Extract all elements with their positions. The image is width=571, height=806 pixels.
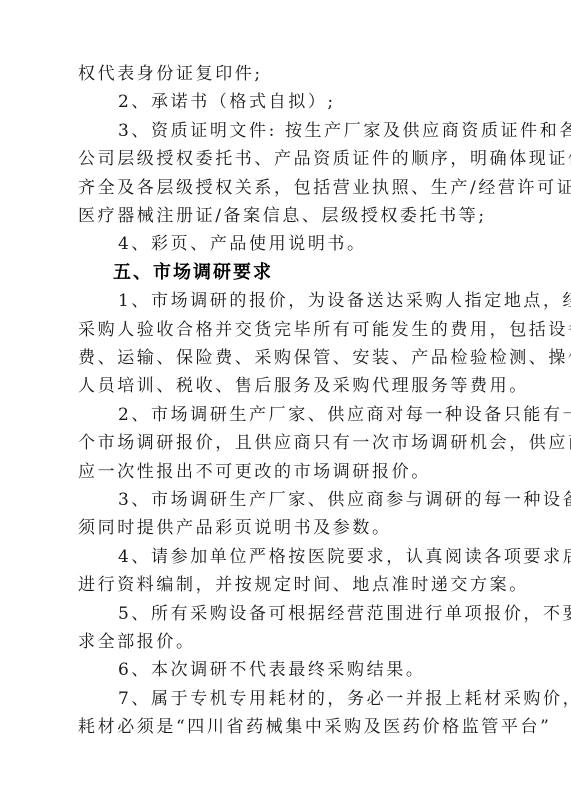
text-line: 4、请参加单位严格按医院要求，认真阅读各项要求后 <box>118 545 498 569</box>
text-line: 权代表身份证复印件; <box>78 62 498 86</box>
text-line: 采购人验收合格并交货完毕所有可能发生的费用，包括设备 <box>78 318 498 342</box>
text-line: 6、本次调研不代表最终采购结果。 <box>118 658 498 682</box>
text-line: 医疗器械注册证/备案信息、层级授权委托书等; <box>78 204 498 228</box>
text-line: 7、属于专机专用耗材的，务必一并报上耗材采购价， <box>118 687 498 711</box>
text-line: 费、运输、保险费、采购保管、安装、产品检验检测、操作 <box>78 346 498 370</box>
text-line: 耗材必须是“四川省药械集中采购及医药价格监管平台” <box>78 715 498 739</box>
text-line: 个市场调研报价，且供应商只有一次市场调研机会，供应商 <box>78 431 498 455</box>
text-line: 2、承诺书（格式自拟）; <box>118 90 498 114</box>
text-line: 1、市场调研的报价，为设备送达采购人指定地点，经 <box>118 289 498 313</box>
text-line: 4、彩页、产品使用说明书。 <box>118 232 498 256</box>
text-line: 5、所有采购设备可根据经营范围进行单项报价，不要 <box>118 602 498 626</box>
text-line: 齐全及各层级授权关系，包括营业执照、生产/经营许可证、 <box>78 176 498 200</box>
text-line: 3、资质证明文件: 按生产厂家及供应商资质证件和各 <box>118 119 498 143</box>
text-line: 进行资料编制，并按规定时间、地点准时递交方案。 <box>78 573 498 597</box>
text-line: 人员培训、税收、售后服务及采购代理服务等费用。 <box>78 374 498 398</box>
document-page: 权代表身份证复印件;2、承诺书（格式自拟）;3、资质证明文件: 按生产厂家及供应… <box>0 0 571 806</box>
text-line: 2、市场调研生产厂家、供应商对每一种设备只能有一 <box>118 403 498 427</box>
section-heading: 五、市场调研要求 <box>113 261 533 285</box>
text-line: 3、市场调研生产厂家、供应商参与调研的每一种设备 <box>118 488 498 512</box>
text-line: 应一次性报出不可更改的市场调研报价。 <box>78 460 498 484</box>
text-line: 求全部报价。 <box>78 630 498 654</box>
text-line: 须同时提供产品彩页说明书及参数。 <box>78 516 498 540</box>
text-line: 公司层级授权委托书、产品资质证件的顺序，明确体现证件 <box>78 147 498 171</box>
